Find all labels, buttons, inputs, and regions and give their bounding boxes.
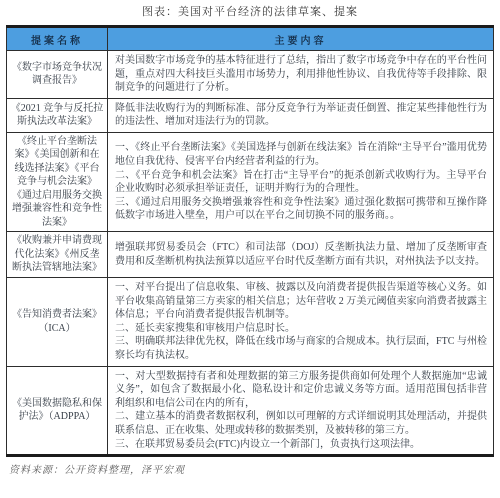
proposal-name-cell: 《数字市场竞争状况调查报告》 <box>7 51 108 99</box>
table-row: 《数字市场竞争状况调查报告》 对美国数字市场竞争的基本特征进行了总结，指出了数字… <box>7 51 494 99</box>
main-content-cell: 一、对大型数据持有者和处理数据的第三方服务提供商如何处理个人数据施加“忠诚义务”… <box>108 366 494 456</box>
table-header-row: 提案名称 主要内容 <box>7 27 494 51</box>
proposal-name-cell: 《美国数据隐私和保护法》（ADPPA） <box>7 366 108 456</box>
table-row: 《终止平台垄断法案》《美国创新和在线选择法案》《平台竞争与机会法案》《通过启用服… <box>7 132 494 232</box>
table-row: 《美国数据隐私和保护法》（ADPPA） 一、对大型数据持有者和处理数据的第三方服… <box>7 366 494 456</box>
proposal-name-cell: 《2021 竞争与反托拉斯执法改革法案》 <box>7 98 108 132</box>
main-content-cell: 一、对平台提出了信息收集、审核、披露以及向消费者提供报告渠道等核心义务。如平台收… <box>108 277 494 366</box>
proposal-name-cell: 《收购兼并申请费现代化法案》《州反垄断执法管辖地法案》 <box>7 232 108 278</box>
main-content-cell: 一、《终止平台垄断法案》《美国选择与创新在线法案》旨在消除“主导平台”滥用优势地… <box>108 132 494 232</box>
column-header-proposal-name: 提案名称 <box>7 27 108 51</box>
report-figure-page: 图表：美国对平台经济的法律草案、提案 提案名称 主要内容 《数字市场竞争状况调查… <box>0 0 500 498</box>
table-row: 《告知消费者法案》（ICA） 一、对平台提出了信息收集、审核、披露以及向消费者提… <box>7 277 494 366</box>
data-source-note: 资料来源：公开资料整理，泽平宏观 <box>9 461 500 476</box>
column-header-main-content: 主要内容 <box>108 27 494 51</box>
main-content-cell: 对美国数字市场竞争的基本特征进行了总结，指出了数字市场竞争中存在的平台性问题，重… <box>108 51 494 99</box>
laws-table: 提案名称 主要内容 《数字市场竞争状况调查报告》 对美国数字市场竞争的基本特征进… <box>6 25 494 457</box>
proposal-name-cell: 《告知消费者法案》（ICA） <box>7 277 108 366</box>
table-row: 《收购兼并申请费现代化法案》《州反垄断执法管辖地法案》 增强联邦贸易委员会（FT… <box>7 232 494 278</box>
figure-title: 图表：美国对平台经济的法律草案、提案 <box>0 0 500 19</box>
table-row: 《2021 竞争与反托拉斯执法改革法案》 降低非法收购行为的判断标准、部分反竞争… <box>7 98 494 132</box>
proposal-name-cell: 《终止平台垄断法案》《美国创新和在线选择法案》《平台竞争与机会法案》《通过启用服… <box>7 132 108 232</box>
main-content-cell: 增强联邦贸易委员会（FTC）和司法部（DOJ）反垄断执法力量、增加了反垄断审查费… <box>108 232 494 278</box>
main-content-cell: 降低非法收购行为的判断标准、部分反竞争行为举证责任倒置、推定某些排他性行为的违法… <box>108 98 494 132</box>
